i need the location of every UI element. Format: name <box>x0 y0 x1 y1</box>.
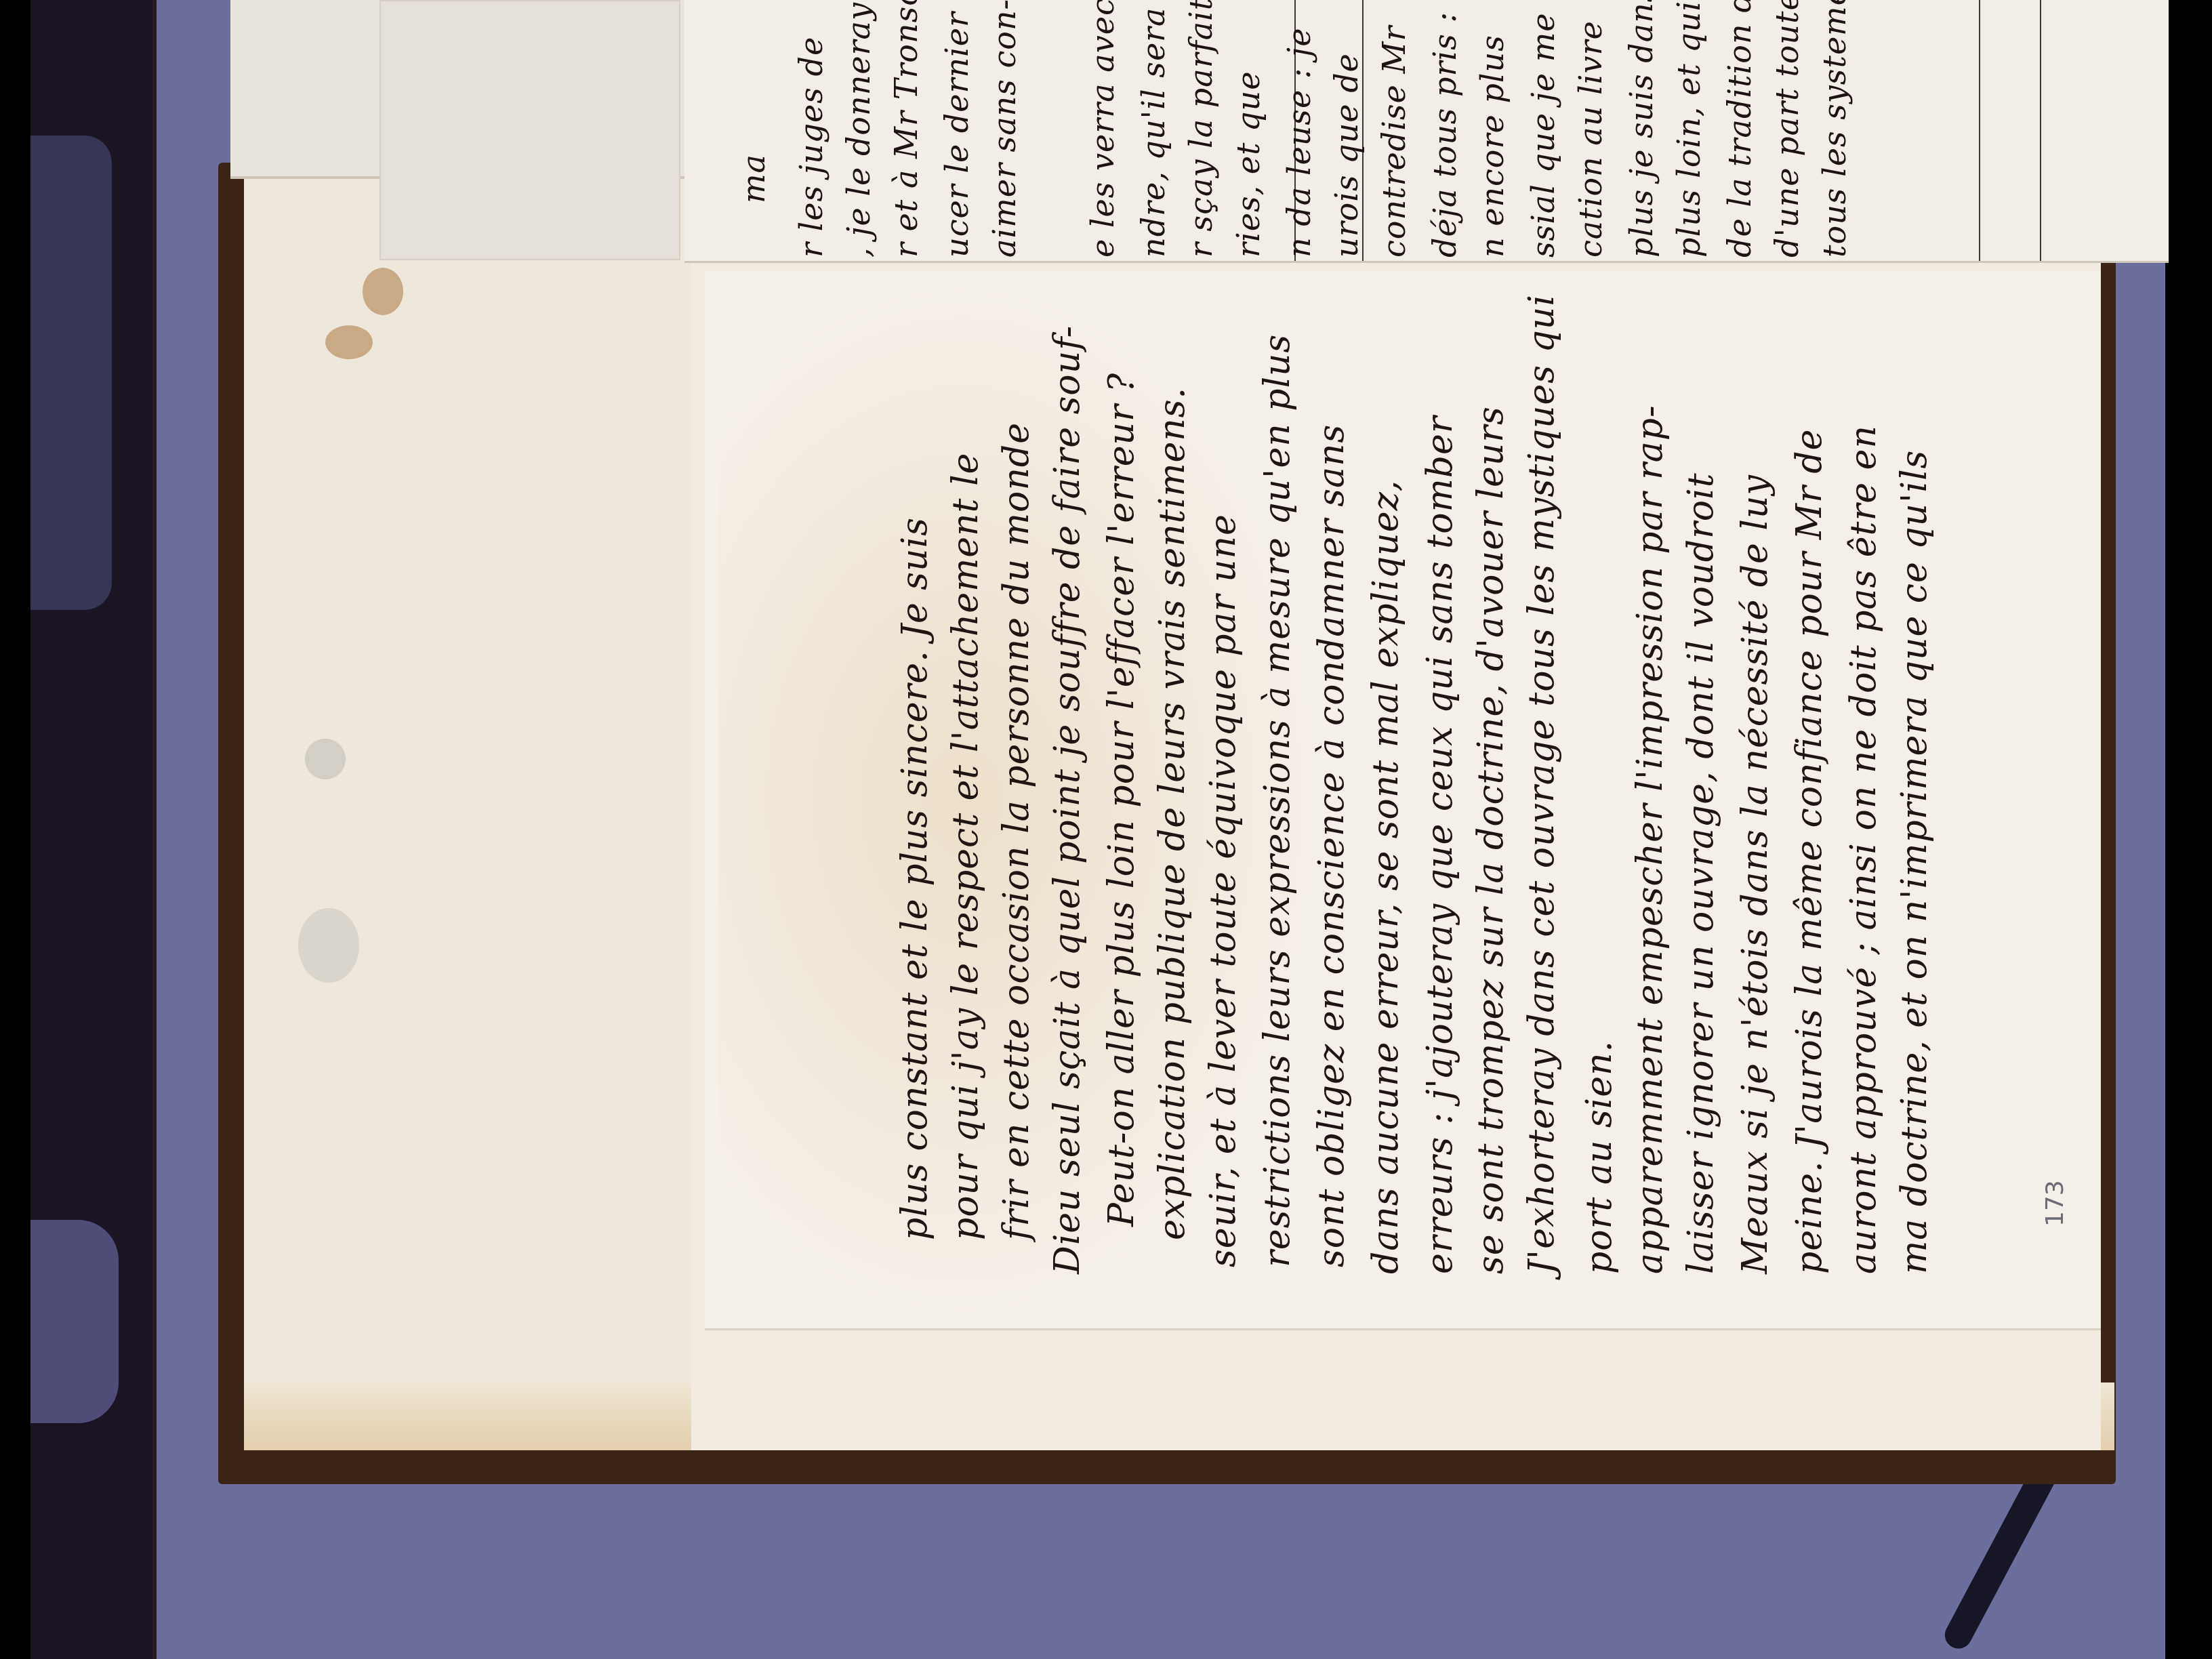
manuscript-line: laisser ignorer un ouvrage, dont il voud… <box>1681 472 1721 1274</box>
top-page-line: plus je suis dans <box>1623 0 1660 258</box>
left-black-border <box>0 0 30 1659</box>
manuscript-line: J'exhorteray dans cet ouvrage tous les m… <box>1521 294 1562 1274</box>
top-page-line: r les juges de <box>793 37 829 258</box>
top-page-line: r et à Mr Tronson <box>888 0 924 258</box>
manuscript-line: dans aucune erreur, se sont mal explique… <box>1366 480 1406 1274</box>
manuscript-line: apparemment empescher l'impression par r… <box>1630 405 1671 1274</box>
manuscript-line: auront approuvé ; ainsi on ne doit pas ê… <box>1843 425 1884 1274</box>
top-page-line: cation au livre <box>1572 20 1609 258</box>
top-page-line: de la tradition des <box>1721 0 1758 258</box>
stain-spot <box>305 739 346 779</box>
manuscript-line: erreurs : j'ajouteray que ceux qui sans … <box>1420 415 1460 1274</box>
manuscript-line: pour qui j'ay le respect et l'attachemen… <box>945 453 986 1240</box>
manuscript-line: ma doctrine, et on n'imprimera que ce qu… <box>1894 450 1935 1274</box>
manuscript-line: restrictions leurs expressions à mesure … <box>1257 334 1298 1267</box>
top-page-line: r sçay la parfaitte <box>1183 0 1219 258</box>
top-page-line: tous les systemes des <box>1816 0 1853 258</box>
manuscript-line: plus constant et le plus sincere. Je sui… <box>895 517 935 1240</box>
top-page-line: plus loin, et qui <box>1671 1 1707 258</box>
top-page-line: , je le donneray <box>840 2 877 258</box>
folio-number: 173 <box>2041 1180 2069 1227</box>
manuscript-line: peine. J'aurois la même confiance pour M… <box>1789 429 1830 1274</box>
top-page-line: urois que de <box>1328 53 1365 258</box>
top-page-line: aimer sans con- <box>986 0 1023 258</box>
manuscript-line: Peut-on aller plus loin pour l'effacer l… <box>1101 373 1142 1227</box>
stain-spot <box>298 908 359 983</box>
top-page-line: contredise Mr <box>1376 26 1412 258</box>
stain-spot <box>363 268 403 315</box>
ruled-line <box>1979 0 1980 261</box>
top-page-line: ndre, qu'il sera <box>1135 7 1172 258</box>
top-page-line: ucer le dernier <box>939 12 975 258</box>
top-page-line: d'une part toute <box>1769 0 1805 258</box>
stain-spot <box>325 325 373 359</box>
manuscript-line: se sont trompez sur la doctrine, d'avoue… <box>1471 406 1511 1274</box>
top-page-line: ssial que je me <box>1525 12 1561 258</box>
manuscript-line: port au sien. <box>1579 1040 1620 1274</box>
top-page-line: déja tous pris : <box>1427 12 1463 258</box>
manuscript-line: frir en cette occasion la personne du mo… <box>996 422 1037 1240</box>
manuscript-line: Meaux si je n'étois dans la nécessité de… <box>1735 474 1776 1274</box>
manuscript-line: explication publique de leurs vrais sent… <box>1152 387 1193 1240</box>
folded-paper-strip <box>380 0 680 260</box>
top-page-line: n encore plus <box>1474 35 1511 258</box>
manuscript-line: sont obligez en conscience à condamner s… <box>1311 424 1352 1267</box>
manuscript-line: seuir, et à lever toute équivoque par un… <box>1203 514 1244 1267</box>
top-page-line: n da leuse : je <box>1281 28 1317 258</box>
cloth-fold <box>30 1220 119 1423</box>
top-page-catchword: ma <box>735 154 772 203</box>
right-black-border <box>2179 0 2212 1659</box>
top-page-line: e les verra avec <box>1084 0 1121 258</box>
manuscript-line: Dieu seul sçait à quel point je souffre … <box>1047 325 1088 1274</box>
top-page-line: ries, et que <box>1230 71 1267 258</box>
ruled-line <box>2040 0 2041 261</box>
flyleaf-page <box>244 176 718 1450</box>
cloth-fold <box>30 136 112 610</box>
